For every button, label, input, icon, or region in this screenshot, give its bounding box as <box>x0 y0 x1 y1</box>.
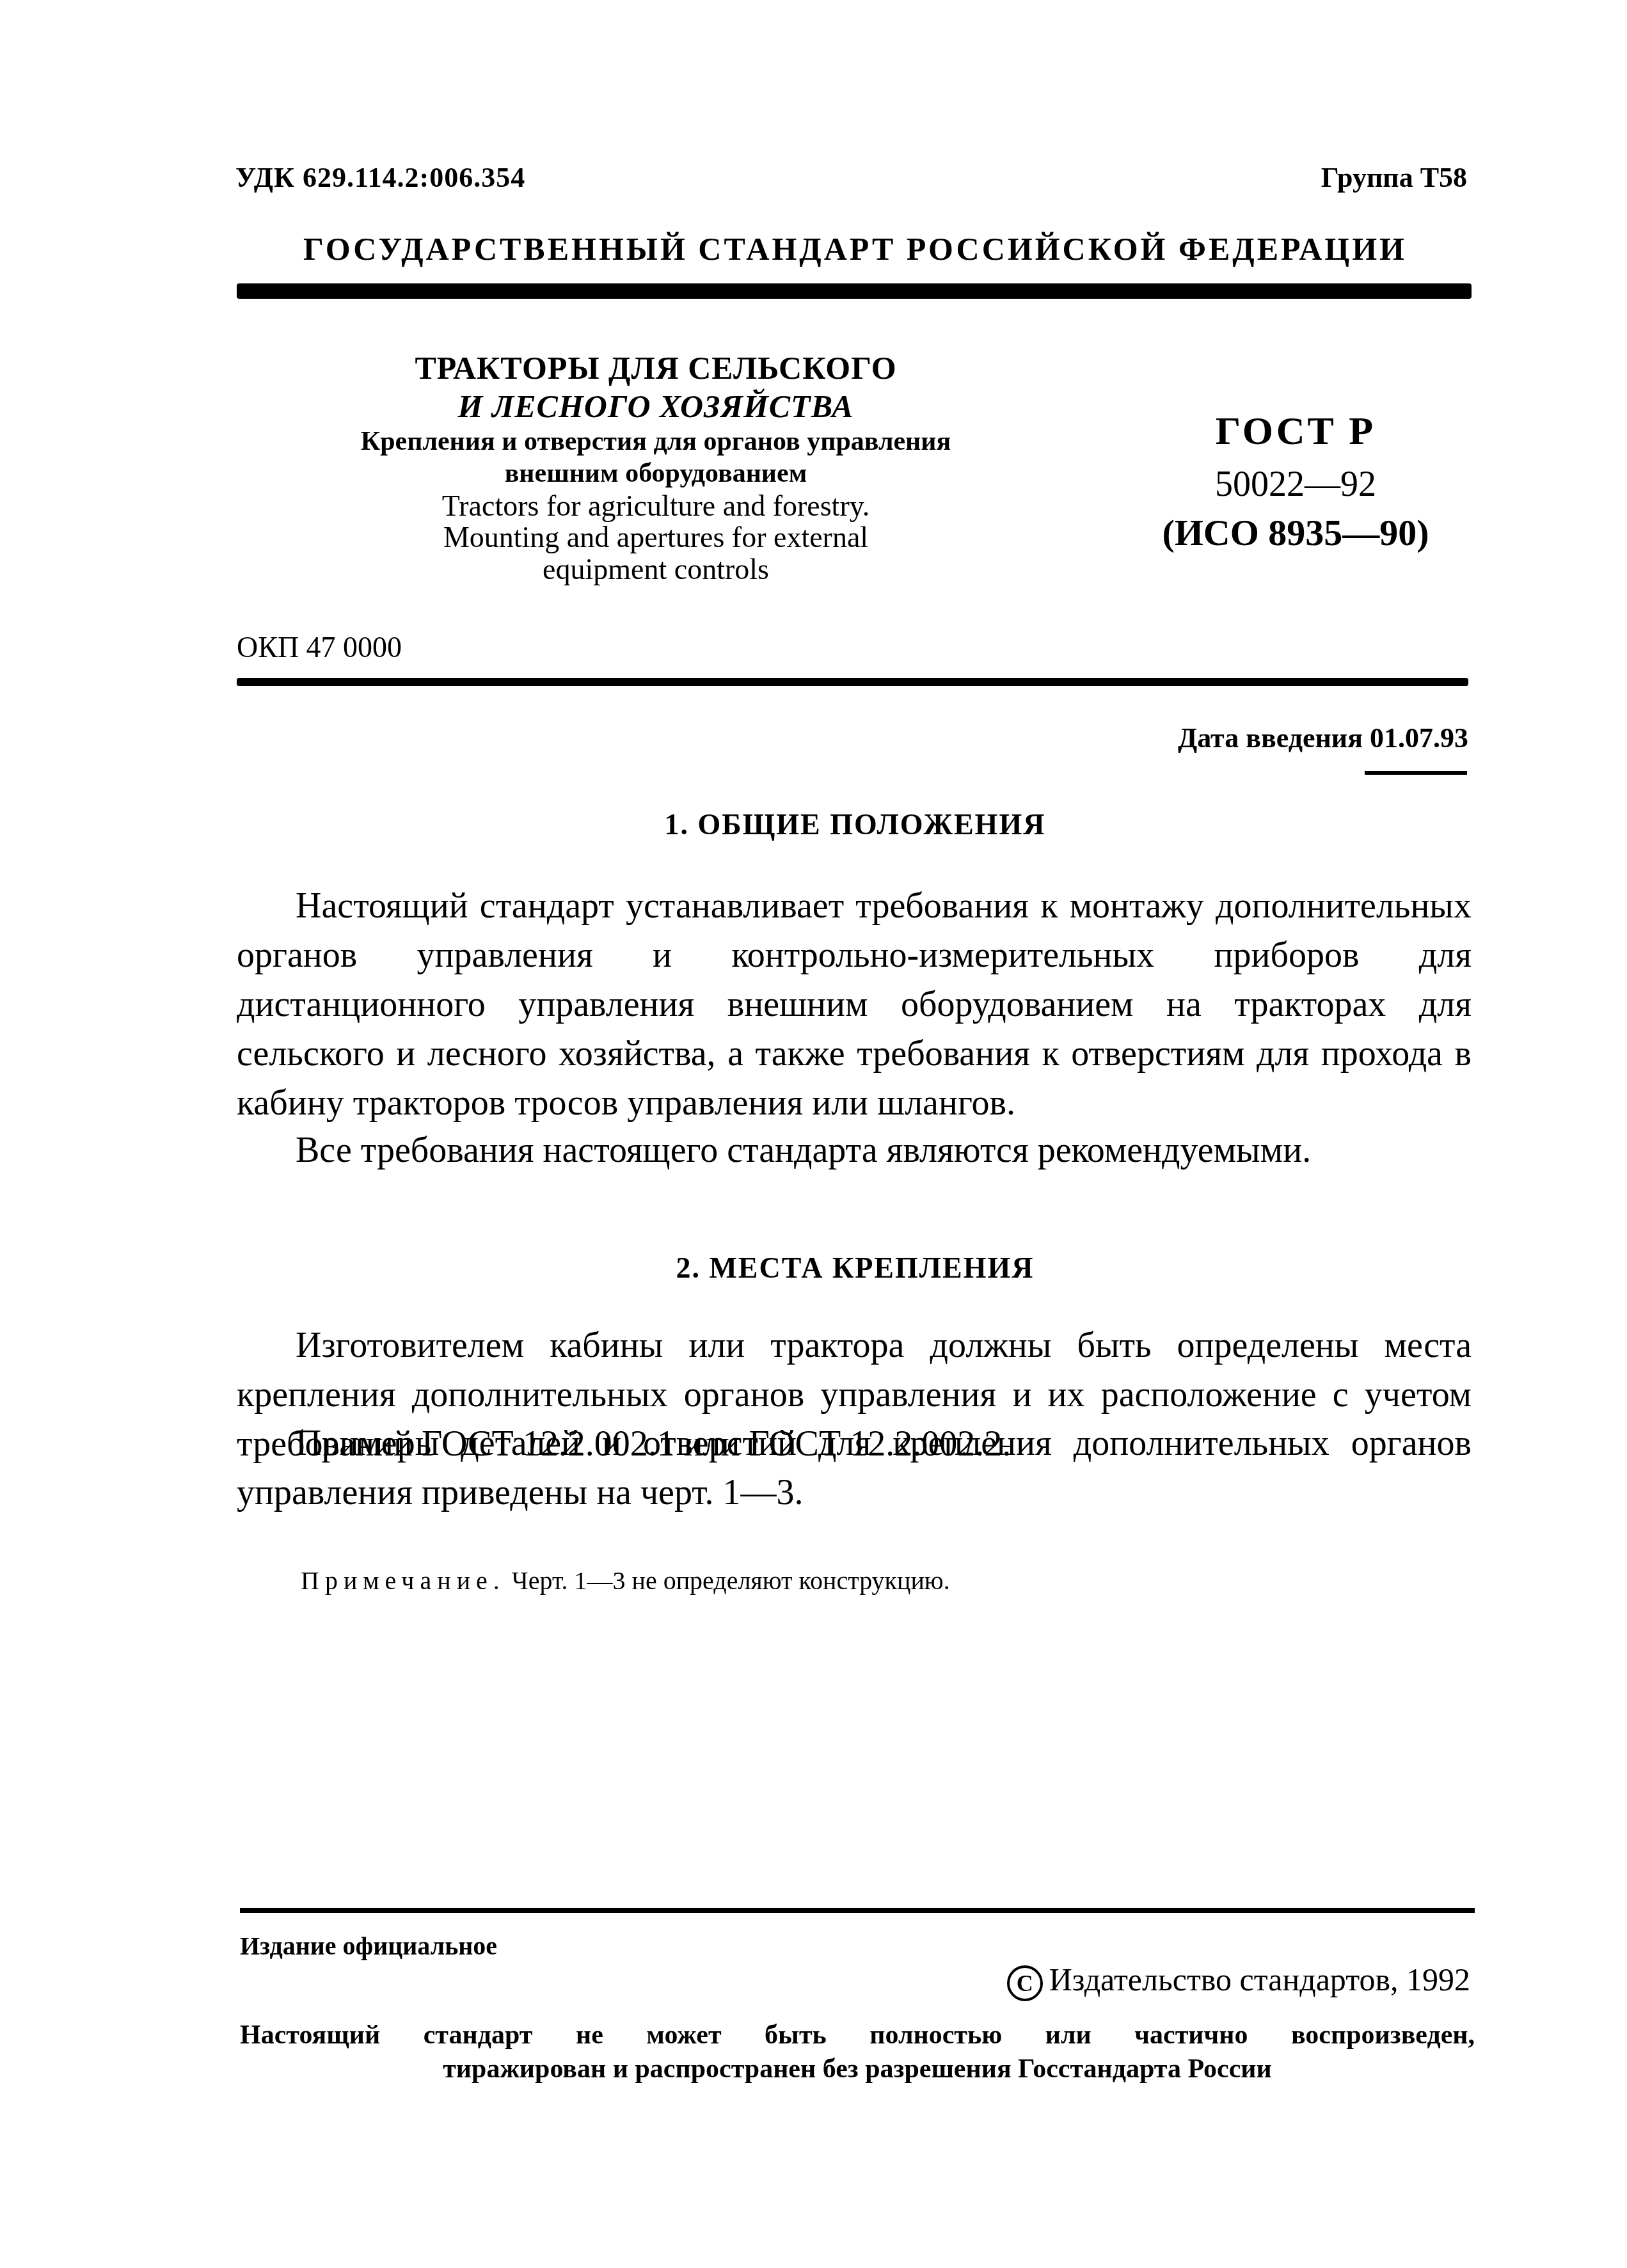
title-line-2: И ЛЕСНОГО ХОЗЯЙСТВА <box>269 387 1043 425</box>
copyright-line: CИздательство стандартов, 1992 <box>1007 1961 1470 2001</box>
notice-line-2: тиражирован и распространен без разрешен… <box>240 2052 1475 2086</box>
subtitle-line-1: Крепления и отверстия для органов управл… <box>269 425 1043 457</box>
note: Примечание. Черт. 1—3 не определяют конс… <box>301 1566 950 1596</box>
state-standard-heading: ГОСУДАРСТВЕННЫЙ СТАНДАРТ РОССИЙСКОЙ ФЕДЕ… <box>0 230 1627 267</box>
section-1-title: 1. ОБЩИЕ ПОЛОЖЕНИЯ <box>0 807 1627 841</box>
english-title-line-1: Tractors for agriculture and forestry. <box>269 490 1043 522</box>
paragraph-text: Все требования настоящего стандарта явля… <box>296 1130 1311 1170</box>
footer-divider <box>240 1908 1475 1913</box>
designation-line-3: (ИСО 8935—90) <box>1126 509 1465 557</box>
date-underline <box>1365 771 1467 775</box>
note-text: Черт. 1—3 не определяют конструкцию. <box>512 1566 950 1595</box>
paragraph-text: Настоящий стандарт устанавливает требова… <box>237 886 1472 1123</box>
subtitle-line-2: внешним оборудованием <box>269 457 1043 489</box>
document-title-block: ТРАКТОРЫ ДЛЯ СЕЛЬСКОГО И ЛЕСНОГО ХОЗЯЙСТ… <box>269 349 1043 585</box>
title-line-1: ТРАКТОРЫ ДЛЯ СЕЛЬСКОГО <box>269 349 1043 387</box>
group-code: Группа Т58 <box>1321 161 1467 194</box>
section-1-paragraph-1: Настоящий стандарт устанавливает требова… <box>237 882 1472 1128</box>
english-title-line-2: Mounting and apertures for external <box>269 521 1043 553</box>
note-label: Примечание. <box>301 1566 505 1595</box>
reproduction-notice: Настоящий стандарт не может быть полност… <box>240 2018 1475 2086</box>
okp-code: ОКП 47 0000 <box>237 630 402 664</box>
section-2-title: 2. МЕСТА КРЕПЛЕНИЯ <box>0 1251 1627 1285</box>
section-1-paragraph-2: Все требования настоящего стандарта явля… <box>237 1126 1472 1175</box>
section-2-paragraph-2: Примеры деталей и отверстий для креплени… <box>237 1419 1472 1518</box>
standard-designation: ГОСТ Р 50022—92 (ИСО 8935—90) <box>1126 403 1465 557</box>
designation-line-1: ГОСТ Р <box>1126 403 1465 461</box>
designation-line-2: 50022—92 <box>1126 461 1465 509</box>
official-edition-label: Издание официальное <box>240 1931 497 1961</box>
paragraph-text: Примеры деталей и отверстий для креплени… <box>237 1423 1472 1512</box>
copyright-text: Издательство стандартов, 1992 <box>1049 1962 1470 1997</box>
udk-code: УДК 629.114.2:006.354 <box>235 161 525 194</box>
header-divider <box>237 283 1472 299</box>
notice-line-1: Настоящий стандарт не может быть полност… <box>240 2018 1475 2052</box>
title-divider <box>237 678 1468 686</box>
introduction-date: Дата введения 01.07.93 <box>1178 722 1468 754</box>
copyright-icon: C <box>1007 1965 1043 2001</box>
english-title-line-3: equipment controls <box>269 553 1043 585</box>
